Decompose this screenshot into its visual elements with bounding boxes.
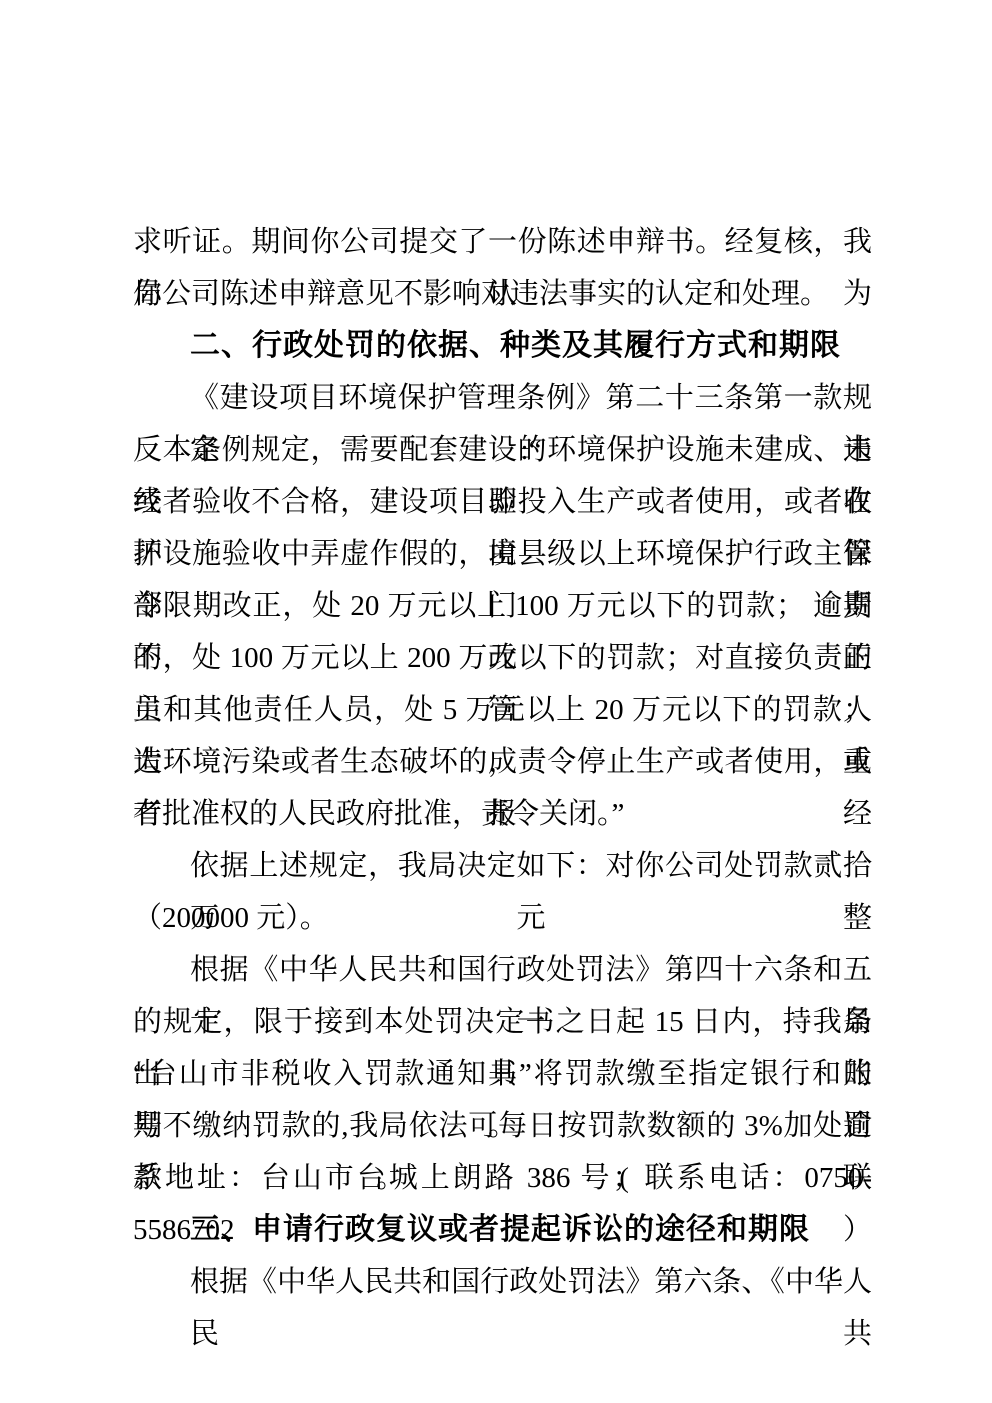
text-line: 的规定，限于接到本处罚决定书之日起 15 日内，持我局出具的 <box>133 996 872 1048</box>
text-line: 依据上述规定，我局决定如下：对你公司处罚款贰拾万元整 <box>133 840 872 892</box>
text-line: 求听证。期间你公司提交了一份陈述申辩书。经复核，我局认为 <box>133 216 872 268</box>
text-line: 护设施验收中弄虚作假的，由县级以上环境保护行政主管部门责 <box>133 528 872 580</box>
text-line: 令限期改正，处 20 万元以上 100 万元以下的罚款； 逾期不改正 <box>133 580 872 632</box>
text-line: 《建设项目环境保护管理条例》第二十三条第一款规定:“违 <box>133 372 872 424</box>
text-line: 大环境污染或者生态破坏的，责令停止生产或者使用，或者报经 <box>133 736 872 788</box>
text-line: 根据《中华人民共和国行政处罚法》第六条、《中华人民共 <box>133 1256 872 1308</box>
text-line: 系地址：台山市台城上朗路 386 号；联系电话：0750-5586702） <box>133 1152 872 1204</box>
text-line: 根据《中华人民共和国行政处罚法》第四十六条和五十一条 <box>133 944 872 996</box>
text-line: “台山市非税收入罚款通知书”将罚款缴至指定银行和账号。逾 <box>133 1048 872 1100</box>
text-line: 反本条例规定，需要配套建设的环境保护设施未建成、未经验收 <box>133 424 872 476</box>
text-line: 员和其他责任人员，处 5 万元以上 20 万元以下的罚款； 造成重 <box>133 684 872 736</box>
section-heading: 三、申请行政复议或者提起诉讼的途径和期限 <box>133 1204 872 1256</box>
document-page: 求听证。期间你公司提交了一份陈述申辩书。经复核，我局认为 你公司陈述申辩意见不影… <box>0 0 992 1403</box>
text-line: 或者验收不合格，建设项目即投入生产或者使用，或者在环境保 <box>133 476 872 528</box>
section-heading: 二、行政处罚的依据、种类及其履行方式和期限 <box>133 320 872 372</box>
text-line: 期不缴纳罚款的,我局依法可每日按罚款数额的 3%加处罚款。(联 <box>133 1100 872 1152</box>
document-text-block: 求听证。期间你公司提交了一份陈述申辩书。经复核，我局认为 你公司陈述申辩意见不影… <box>133 216 872 1308</box>
text-line: 的，处 100 万元以上 200 万元以下的罚款；对直接负责的主管人 <box>133 632 872 684</box>
text-line: 你公司陈述申辩意见不影响对违法事实的认定和处理。 <box>133 268 872 320</box>
